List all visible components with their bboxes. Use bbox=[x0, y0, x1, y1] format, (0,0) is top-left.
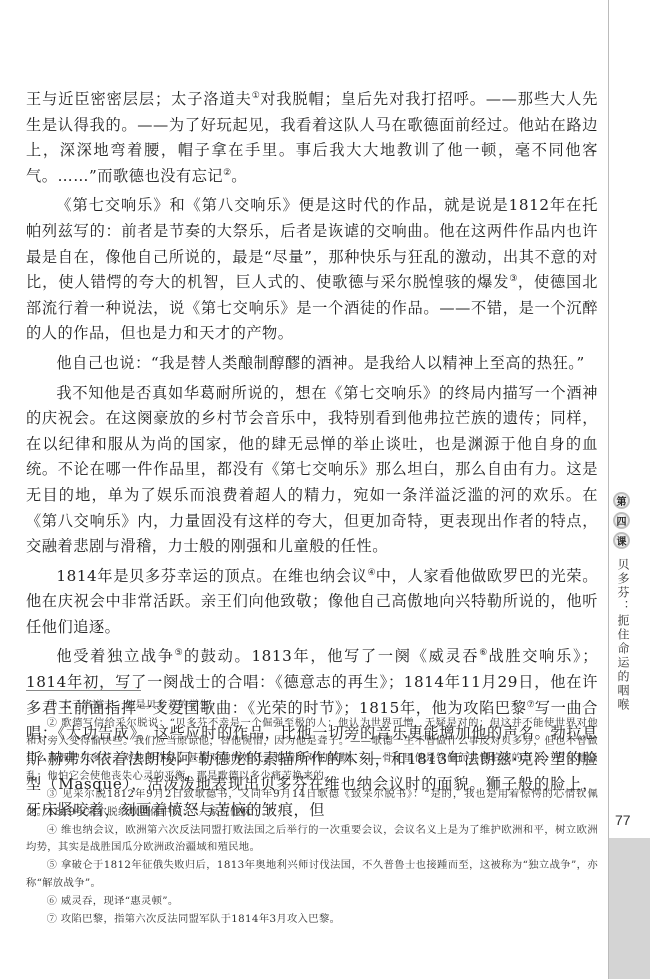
footnote-7: ⑦ 攻陷巴黎，指第六次反法同盟军队于1814年3月攻入巴黎。 bbox=[26, 911, 598, 929]
footnote-ref-6[interactable]: ⑥ bbox=[479, 648, 488, 658]
paragraph-4: 我不知他是否真如华葛耐所说的，想在《第七交响乐》的终局内描写一个酒神的庆祝会。在… bbox=[26, 381, 598, 560]
paragraph-5: 1814年是贝多芬幸运的顶点。在维也纳会议④中，人家看他做欧罗巴的光荣。他在庆祝… bbox=[26, 564, 598, 641]
footnote-3: ③ 见采尔脱1812年9月2日致歌德书，又同年9月14日歌德《致采尔脱书》：“是… bbox=[26, 786, 598, 822]
margin-gray-block bbox=[609, 838, 650, 979]
footnote-ref-4[interactable]: ④ bbox=[368, 568, 376, 578]
footnote-ref-3[interactable]: ③ bbox=[509, 274, 517, 284]
paragraph-2: 《第七交响乐》和《第八交响乐》便是这时代的作品，就是说是1812年在托帕列兹写的… bbox=[26, 193, 598, 347]
lesson-badge-3: 课 bbox=[613, 532, 630, 549]
margin-rule bbox=[608, 0, 609, 979]
footnote-divider bbox=[26, 690, 141, 691]
lesson-badge-2: 四 bbox=[613, 512, 630, 529]
footnote-ref-1[interactable]: ① bbox=[252, 91, 260, 101]
paragraph-3: 他自己也说：“我是替人类酿制醇醪的酒神。是我给人以精神上至高的热狂。” bbox=[26, 351, 598, 377]
paragraph-1: 王与近臣密密层层；太子洛道夫①对我脱帽；皇后先对我打招呼。——那些大人先生是认得… bbox=[26, 87, 598, 189]
footnote-ref-5[interactable]: ⑤ bbox=[175, 648, 184, 658]
footnote-5: ⑤ 拿破仑于1812年征俄失败归后，1813年奥地利兴师讨伐法国，不久普鲁士也接… bbox=[26, 857, 598, 893]
footnotes: ① 太子洛道夫，他是贝多芬的学生。 ② 歌德写信给采尔脱说：“贝多芬不幸是一个倔… bbox=[26, 697, 598, 928]
lesson-title: 贝多芬：扼住命运的咽喉 bbox=[617, 558, 631, 712]
footnote-2: ② 歌德写信给采尔脱说：“贝多芬不幸是一个倔强至极的人；他认为世界可憎，无疑是对… bbox=[26, 715, 598, 786]
footnote-1: ① 太子洛道夫，他是贝多芬的学生。 bbox=[26, 697, 598, 715]
page-number: 77 bbox=[615, 812, 631, 828]
footnote-4: ④ 维也纳会议，欧洲第六次反法同盟打败法国之后举行的一次重要会议，会议名义上是为… bbox=[26, 822, 598, 858]
lesson-badge-1: 第 bbox=[613, 492, 630, 509]
textbook-page: 王与近臣密密层层；太子洛道夫①对我脱帽；皇后先对我打招呼。——那些大人先生是认得… bbox=[0, 0, 650, 979]
footnote-6: ⑥ 威灵吞，现译“惠灵顿”。 bbox=[26, 893, 598, 911]
